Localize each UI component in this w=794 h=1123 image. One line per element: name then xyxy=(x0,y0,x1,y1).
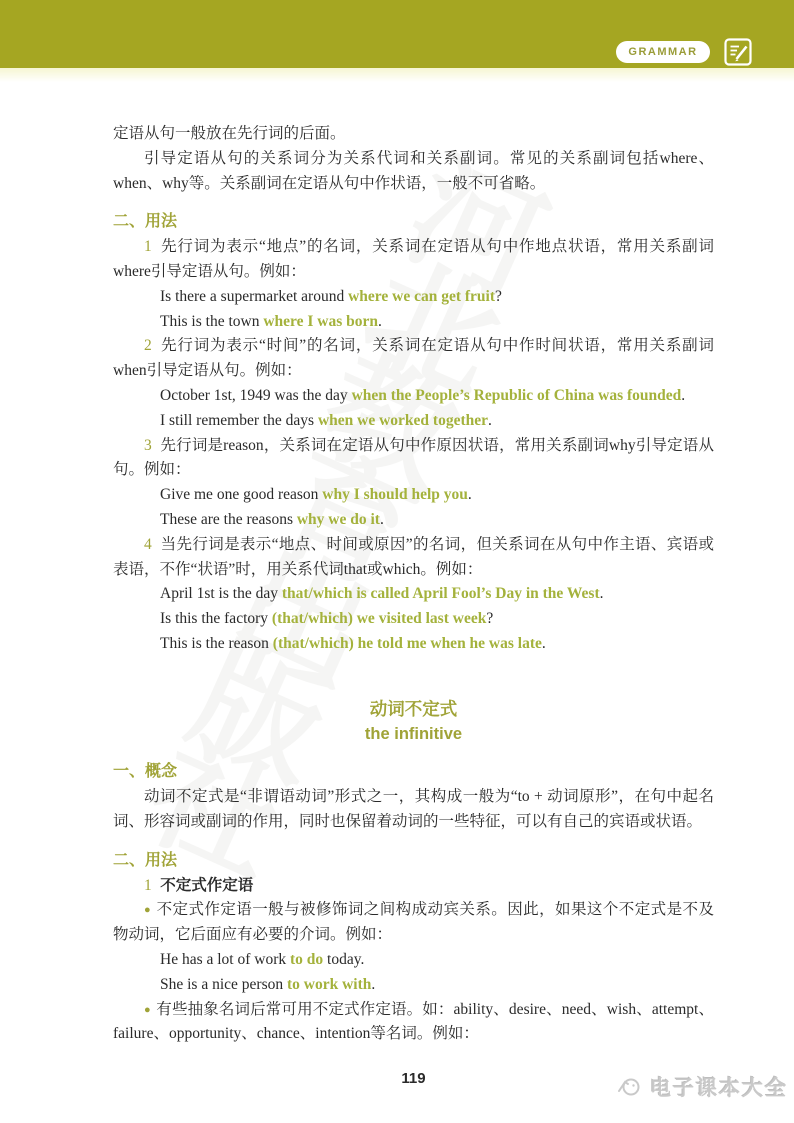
text-run: why I should help you xyxy=(322,486,468,503)
example: He has a lot of work to do today. xyxy=(113,948,714,973)
item-number: 2 xyxy=(144,337,152,354)
grammar-badge-label: GRAMMAR xyxy=(628,46,697,58)
band-glow xyxy=(0,68,794,82)
heading: 二、用法 xyxy=(113,210,714,235)
text-run: 不定式作定语一般与被修饰词之间构成动宾关系。因此，如果这个不定式是不及物动词，它… xyxy=(113,901,714,943)
text-run: 定语从句一般放在先行词的后面。 xyxy=(113,125,346,142)
item: 4当先行词是表示“地点、时间或原因”的名词，但关系词在从句中作主语、宾语或表语，… xyxy=(113,533,714,583)
example: October 1st, 1949 was the day when the P… xyxy=(113,384,714,409)
example: She is a nice person to work with. xyxy=(113,973,714,998)
note-pencil-icon xyxy=(724,38,752,66)
text-run: October 1st, 1949 was the day xyxy=(160,387,352,404)
example: This is the town where I was born. xyxy=(113,310,714,335)
text-run: 先行词为表示“时间”的名词，关系词在定语从句中作时间状语，常用关系副词when引… xyxy=(113,337,714,379)
text-run: . xyxy=(468,486,472,503)
item: 3先行词是reason，关系词在定语从句中作原因状语，常用关系副词why引导定语… xyxy=(113,434,714,484)
heading: 一、概念 xyxy=(113,760,714,785)
text-run: 二、用法 xyxy=(113,213,177,230)
para: 引导定语从句的关系词分为关系代词和关系副词。常见的关系副词包括where、whe… xyxy=(113,147,714,197)
para: 动词不定式是“非谓语动词”形式之一，其构成一般为“to + 动词原形”，在句中起… xyxy=(113,785,714,835)
item-number: 3 xyxy=(144,437,152,454)
text-run: I still remember the days xyxy=(160,412,318,429)
grammar-badge: GRAMMAR xyxy=(616,41,710,63)
text-run: (that/which) we visited last week xyxy=(272,610,486,627)
example: These are the reasons why we do it. xyxy=(113,508,714,533)
text-run: April 1st is the day xyxy=(160,585,282,602)
text-run: . xyxy=(542,635,546,652)
text-run: He has a lot of work xyxy=(160,951,290,968)
item-number: 4 xyxy=(144,536,152,553)
title-cn: 动词不定式 xyxy=(113,697,714,722)
text-run: . xyxy=(488,412,492,429)
text-run: These are the reasons xyxy=(160,511,297,528)
item-number: 1 xyxy=(144,238,152,255)
text-run: ? xyxy=(486,610,493,627)
text-run: . xyxy=(681,387,685,404)
bullet-dot: ● xyxy=(144,904,151,916)
example: Is there a supermarket around where we c… xyxy=(113,285,714,310)
text-run: . xyxy=(600,585,604,602)
example: This is the reason (that/which) he told … xyxy=(113,632,714,657)
text-run: Is this the factory xyxy=(160,610,272,627)
example: Give me one good reason why I should hel… xyxy=(113,483,714,508)
text-run: 引导定语从句的关系词分为关系代词和关系副词。常见的关系副词包括where、whe… xyxy=(113,150,714,192)
text-run: This is the reason xyxy=(160,635,273,652)
item: 2先行词为表示“时间”的名词，关系词在定语从句中作时间状语，常用关系副词when… xyxy=(113,334,714,384)
text-run: Give me one good reason xyxy=(160,486,322,503)
text-run: that/which is called April Fool’s Day in… xyxy=(282,585,600,602)
bullet: ●有些抽象名词后常可用不定式作定语。如：ability、desire、need、… xyxy=(113,998,714,1048)
text-run: 动词不定式是“非谓语动词”形式之一，其构成一般为“to + 动词原形”，在句中起… xyxy=(113,788,714,830)
example: Is this the factory (that/which) we visi… xyxy=(113,607,714,632)
item: 1先行词为表示“地点”的名词，关系词在定语从句中作地点状语，常用关系副词wher… xyxy=(113,235,714,285)
text-run: She is a nice person xyxy=(160,976,287,993)
example: April 1st is the day that/which is calle… xyxy=(113,582,714,607)
text-run: 先行词为表示“地点”的名词，关系词在定语从句中作地点状语，常用关系副词where… xyxy=(113,238,714,280)
text-run: the infinitive xyxy=(365,725,462,743)
subitem: 1不定式作定语 xyxy=(113,874,714,899)
text-run: ? xyxy=(495,288,502,305)
text-run: (that/which) he told me when he was late xyxy=(273,635,542,652)
text-run: when we worked together xyxy=(318,412,488,429)
text-run: This is the town xyxy=(160,313,263,330)
textbook-page: GRAMMAR 河北教育出版社 定语从句一般放在先行词的后面。引导定语从句的关系… xyxy=(0,0,794,1123)
text-run: 有些抽象名词后常可用不定式作定语。如：ability、desire、need、w… xyxy=(113,1001,714,1043)
text-run: 二、用法 xyxy=(113,852,177,869)
text-run: . xyxy=(378,313,382,330)
brand-watermark: 电子课本大全 xyxy=(616,1072,788,1102)
text-run: to do xyxy=(290,951,323,968)
heading: 二、用法 xyxy=(113,849,714,874)
text-run: to work with xyxy=(287,976,371,993)
text-run: 一、概念 xyxy=(113,763,177,780)
item-number: 1 xyxy=(144,877,152,894)
text-run: 先行词是reason，关系词在定语从句中作原因状语，常用关系副词why引导定语从… xyxy=(113,437,714,479)
text-run: 不定式作定语 xyxy=(160,877,253,894)
example: I still remember the days when we worked… xyxy=(113,409,714,434)
text-run: where I was born xyxy=(263,313,378,330)
text-run: 动词不定式 xyxy=(370,699,458,719)
title-en: the infinitive xyxy=(113,722,714,747)
text-run: where we can get fruit xyxy=(348,288,495,305)
text-run: why we do it xyxy=(297,511,380,528)
bullet-dot: ● xyxy=(144,1004,151,1016)
text-run: when the People’s Republic of China was … xyxy=(352,387,682,404)
text-run: today. xyxy=(323,951,364,968)
header-band: GRAMMAR xyxy=(0,0,794,68)
text-run: . xyxy=(371,976,375,993)
text-run: 当先行词是表示“地点、时间或原因”的名词，但关系词在从句中作主语、宾语或表语，不… xyxy=(113,536,714,578)
brand-label: 电子课本大全 xyxy=(650,1072,788,1102)
text-run: Is there a supermarket around xyxy=(160,288,348,305)
para: 定语从句一般放在先行词的后面。 xyxy=(113,122,714,147)
content: 定语从句一般放在先行词的后面。引导定语从句的关系词分为关系代词和关系副词。常见的… xyxy=(113,122,714,1047)
megaphone-icon xyxy=(616,1075,644,1099)
bullet: ●不定式作定语一般与被修饰词之间构成动宾关系。因此，如果这个不定式是不及物动词，… xyxy=(113,898,714,948)
text-run: . xyxy=(380,511,384,528)
